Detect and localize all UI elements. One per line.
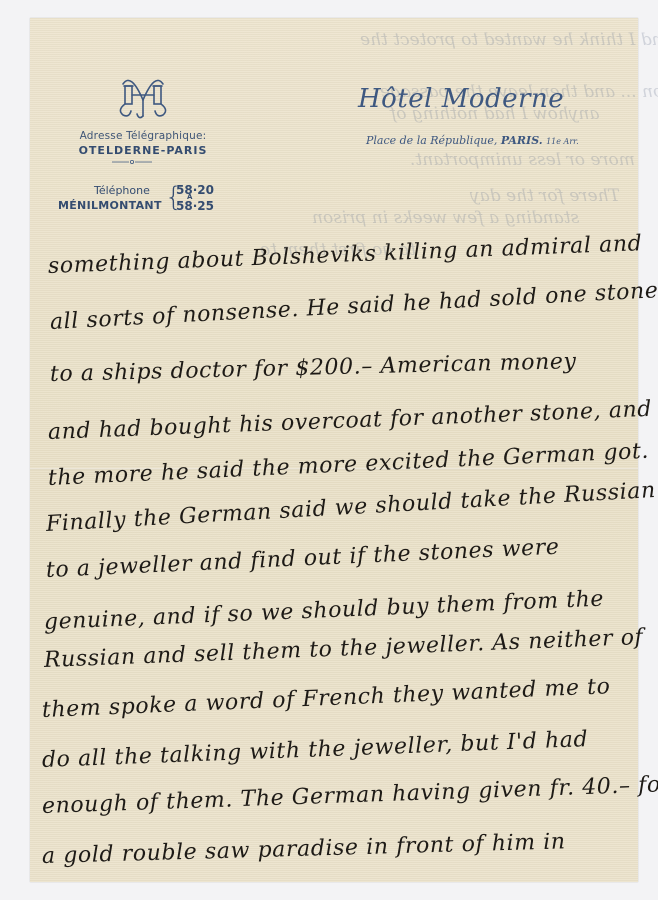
letter-line: to a jeweller and find out if the stones… [45, 535, 560, 583]
bleed-through-text: standing a few weeks in prison [312, 208, 579, 228]
letter-line: Russian and sell them to the jeweller. A… [44, 625, 644, 673]
letter-line: enough of them. The German having given … [42, 772, 658, 819]
telegraph-address: OTELDERNE-PARIS [58, 144, 228, 157]
hotel-name: Hôtel Moderne [358, 84, 564, 114]
letter-sheet: the diamonds and I think he wanted to pr… [30, 18, 638, 882]
bleed-through-text: the diamonds and I think he wanted to pr… [360, 30, 658, 50]
telephone-number: 58·25 [176, 199, 214, 213]
bleed-through-text: more or less unimportant. [410, 150, 635, 170]
letter-line: all sorts of nonsense. He said he had so… [49, 278, 658, 335]
letter-line: and had bought his overcoat for another … [48, 397, 653, 445]
letter-line: genuine, and if so we should buy them fr… [43, 587, 604, 635]
letter-line: do all the talking with the jeweller, bu… [42, 727, 589, 773]
hotel-street: Place de la République, [366, 134, 497, 147]
hotel-address: Place de la République, PARIS. 11e Arr. [366, 134, 579, 147]
telephone-number: 58·20 [176, 183, 214, 197]
letter-line: something about Bolsheviks killing an ad… [48, 231, 643, 279]
divider-ornament-icon [112, 159, 152, 165]
bleed-through-text: There for the day [470, 186, 620, 206]
letter-line: to a ships doctor for $200.– American mo… [50, 349, 577, 387]
hotel-arrondissement: 11e Arr. [546, 137, 579, 146]
telephone-exchange: MÉNILMONTANT [58, 199, 162, 212]
letter-line: them spoke a word of French they wanted … [41, 674, 610, 723]
hotel-city: PARIS. [501, 134, 543, 147]
letter-line: a gold rouble saw paradise in front of h… [42, 829, 566, 869]
hotel-monogram-icon [113, 66, 173, 126]
telegraph-label: Adresse Télégraphique: [58, 130, 228, 142]
